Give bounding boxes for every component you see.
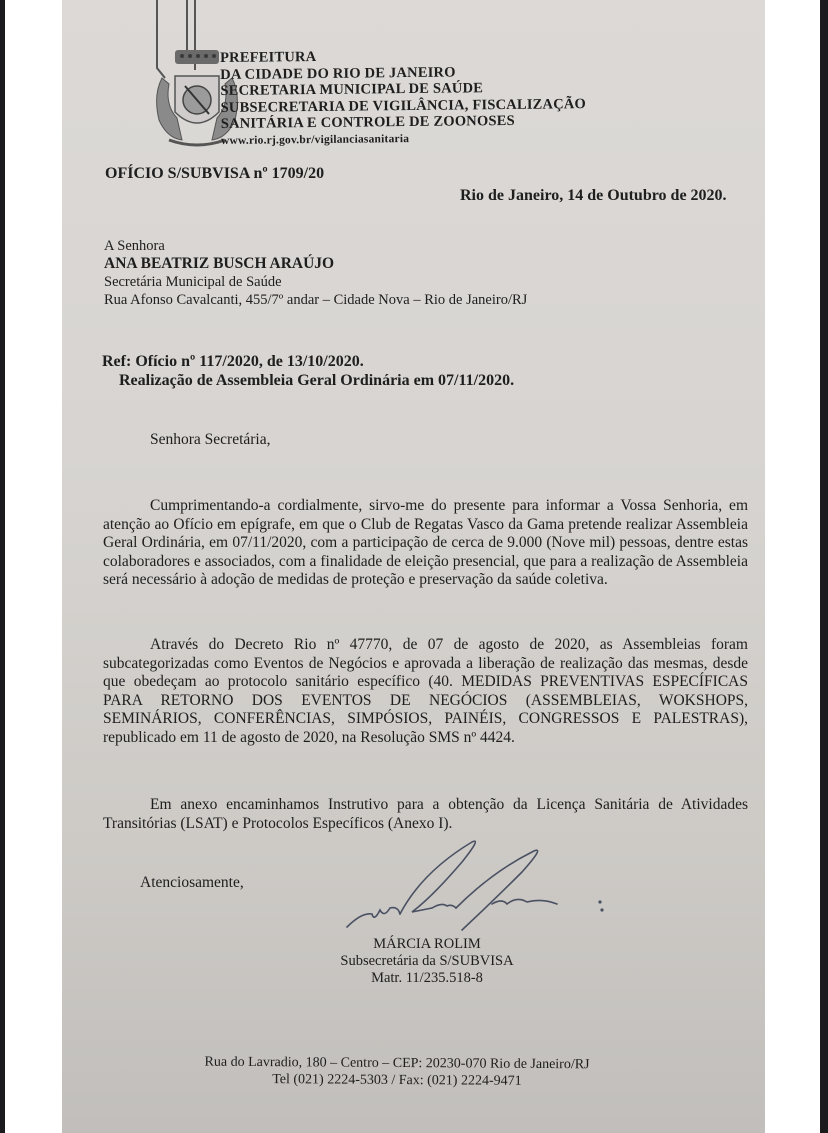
recipient-address: Rua Afonso Cavalcanti, 455/7º andar – Ci… (104, 291, 527, 309)
salutation: Senhora Secretária, (150, 431, 271, 449)
reference-subject: Realização de Assembleia Geral Ordinária… (102, 371, 514, 390)
recipient-role: Secretária Municipal de Saúde (104, 273, 527, 291)
letterhead: PREFEITURA DA CIDADE DO RIO DE JANEIRO S… (220, 46, 586, 149)
reference-line: Ref: Ofício nº 117/2020, de 13/10/2020. (102, 352, 514, 371)
body-paragraph: Através do Decreto Rio nº 47770, de 07 d… (103, 636, 748, 748)
document-date: Rio de Janeiro, 14 de Outubro de 2020. (460, 187, 727, 205)
screen-edge-right (820, 0, 828, 1133)
letter-page: PREFEITURA DA CIDADE DO RIO DE JANEIRO S… (62, 0, 765, 1133)
recipient-salutation: A Senhora (104, 237, 527, 255)
handwritten-signature-icon (342, 832, 622, 932)
footer: Rua do Lavradio, 180 – Centro – CEP: 202… (162, 1053, 632, 1090)
signatory-name: MÁRCIA ROLIM (292, 936, 562, 953)
signatory-registration: Matr. 11/235.518-8 (292, 970, 562, 987)
footer-contact: Tel (021) 2224-5303 / Fax: (021) 2224-94… (162, 1070, 632, 1090)
document-reference-number: OFÍCIO S/SUBVISA nº 1709/20 (105, 165, 324, 183)
signatory-title: Subsecretária da S/SUBVISA (292, 953, 562, 970)
recipient-block: A Senhora ANA BEATRIZ BUSCH ARAÚJO Secre… (104, 237, 527, 309)
signatory-block: MÁRCIA ROLIM Subsecretária da S/SUBVISA … (292, 936, 562, 987)
body-paragraph: Cumprimentando-a cordialmente, sirvo-me … (103, 497, 748, 590)
letterhead-website: www.rio.rj.gov.br/vigilanciasanitaria (221, 129, 587, 149)
closing: Atenciosamente, (140, 874, 244, 892)
body-paragraph: Em anexo encaminhamos Instrutivo para a … (103, 796, 748, 833)
reference-block: Ref: Ofício nº 117/2020, de 13/10/2020. … (102, 352, 514, 390)
footer-address: Rua do Lavradio, 180 – Centro – CEP: 202… (162, 1053, 632, 1073)
screen-edge-left (0, 0, 5, 1133)
recipient-name: ANA BEATRIZ BUSCH ARAÚJO (104, 255, 527, 273)
